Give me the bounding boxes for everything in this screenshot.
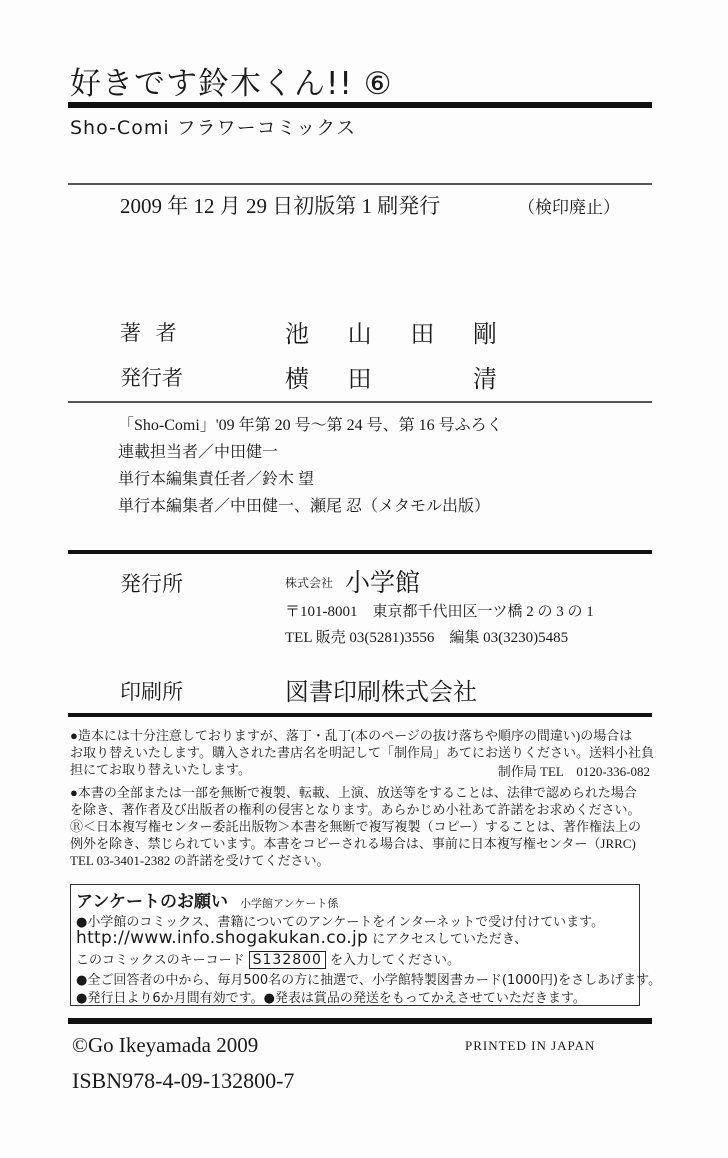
publisher-name: 小学館 xyxy=(345,563,420,599)
divider-publisher xyxy=(68,550,652,554)
serialization-info: 「Sho-Comi」'09 年第 20 号〜第 24 号、第 16 号ふろく xyxy=(118,412,503,435)
publisher-address: 〒101-8001 東京都千代田区一ツ橋 2 の 3 の 1 xyxy=(285,600,594,621)
chief-editor: 単行本編集責任者／鈴木 望 xyxy=(118,466,314,489)
survey-line-4: ●全ご回答者の中から、毎月500名の方に抽選で、小学館特製図書カード(1000円… xyxy=(76,969,661,988)
author-char: 池 xyxy=(285,314,309,349)
publisher-person-char xyxy=(410,359,434,394)
defect-contact: 制作局 TEL 0120-336-082 xyxy=(498,761,650,780)
survey-url-line: http://www.info.shogakukan.co.jp にアクセスして… xyxy=(76,928,527,948)
author-name: 池 山 田 剛 xyxy=(285,314,497,349)
author-char: 田 xyxy=(410,314,434,349)
printer-name: 図書印刷株式会社 xyxy=(285,672,477,707)
survey-header: アンケートのお願い小学館アンケート係 xyxy=(76,887,338,912)
survey-box: アンケートのお願い小学館アンケート係 ●小学館のコミックス、書籍についてのアンケ… xyxy=(70,884,640,1006)
book-title: 好きです鈴木くん!! ⑥ xyxy=(70,58,393,103)
copyright-notice-line: TEL 03-3401-2382 の許諾を受けてください。 xyxy=(70,852,330,869)
divider-edition xyxy=(68,183,652,185)
publisher-prefix: 株式会社 xyxy=(285,574,333,591)
copyright-notice-line: Ⓡ＜日本複写権センター委託出版物＞本書を無断で複写複製（コピー）することは、著作… xyxy=(70,818,641,835)
publisher-person-label: 発行者 xyxy=(120,362,183,392)
book-editors: 単行本編集者／中田健一、瀬尾 忍（メタモル出版） xyxy=(118,493,490,516)
defect-notice-line: お取り替えいたします。購入された書店名を明記して「制作局」あてにお送りください。… xyxy=(70,744,654,761)
serial-editor: 連載担当者／中田健一 xyxy=(118,439,278,462)
defect-notice-line: 担にてお取り替えいたします。 xyxy=(70,761,251,778)
divider-title xyxy=(68,102,652,108)
author-label: 著 者 xyxy=(120,317,181,347)
copyright-notice-line: を除き、著作者及び出版者の権利の侵害となります。あらかじめ小社あて許諾をお求めく… xyxy=(70,801,640,818)
author-char: 山 xyxy=(348,314,372,349)
divider-footer xyxy=(68,1018,652,1024)
copyright-line: ©Go Ikeyamada 2009 xyxy=(72,1033,258,1058)
survey-url-link[interactable]: http://www.info.shogakukan.co.jp xyxy=(76,928,368,948)
survey-key-line: このコミックスのキーコードS132800を入力してください。 xyxy=(76,949,460,968)
publisher-person-name: 横 田 清 xyxy=(285,359,497,394)
survey-title: アンケートのお願い xyxy=(76,892,228,912)
imprint-label: Sho-Comi フラワーコミックス xyxy=(70,113,356,140)
survey-subtitle: 小学館アンケート係 xyxy=(240,897,338,910)
key-code-box: S132800 xyxy=(249,951,326,969)
copyright-notice-line: ●本書の全部または一部を無断で複製、転載、上演、放送等をすることは、法律で認めら… xyxy=(70,784,637,801)
stamp-note: （検印廃止） xyxy=(518,193,620,218)
publisher-tel: TEL 販売 03(5281)3556 編集 03(3230)5485 xyxy=(285,626,568,647)
survey-key-prefix: このコミックスのキーコード xyxy=(76,953,245,968)
author-char: 剛 xyxy=(473,314,497,349)
printer-label: 印刷所 xyxy=(120,676,183,706)
divider-details xyxy=(68,401,652,403)
survey-url-suffix: にアクセスしていただき、 xyxy=(368,932,527,947)
edition-date: 2009 年 12 月 29 日初版第 1 刷発行 xyxy=(120,190,440,220)
defect-notice-line: ●造本には十分注意しておりますが、落丁・乱丁(本のページの抜け落ちや順序の間違い… xyxy=(70,727,632,744)
printed-in-japan: PRINTED IN JAPAN xyxy=(465,1038,595,1054)
isbn: ISBN978-4-09-132800-7 xyxy=(72,1068,294,1094)
publisher-label: 発行所 xyxy=(120,568,183,598)
publisher-person-char: 清 xyxy=(473,359,497,394)
publisher-person-char: 横 xyxy=(285,359,309,394)
publisher-person-char: 田 xyxy=(348,359,372,394)
survey-key-suffix: を入力してください。 xyxy=(330,953,460,968)
copyright-notice-line: 例外を除き、禁じられています。本書をコピーされる場合は、事前に日本複写権センター… xyxy=(70,835,636,852)
survey-line-5: ●発行日より6か月間有効です。●発表は賞品の発送をもってかえさせていただきます。 xyxy=(76,987,586,1006)
divider-notices xyxy=(68,713,652,717)
